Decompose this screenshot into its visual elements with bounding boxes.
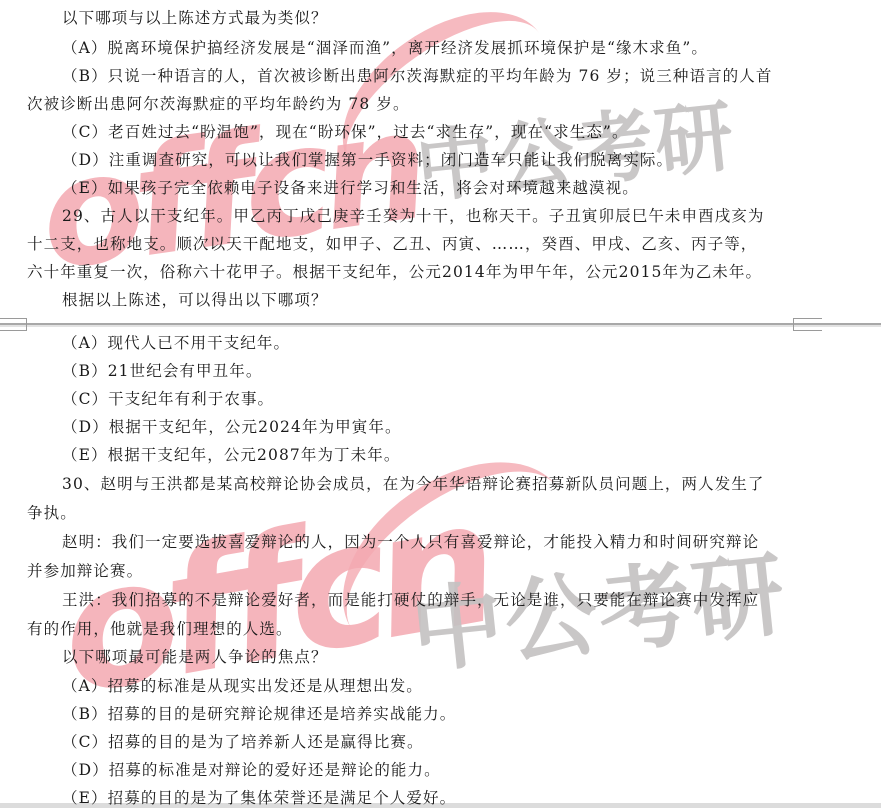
question-29-stem: 29、古人以干支纪年。甲乙丙丁戊己庚辛壬癸为十干，也称天干。子丑寅卯辰巳午未申酉… <box>62 206 765 226</box>
document-page-top: 以下哪项与以上陈述方式最为类似？ （A）脱离环境保护搞经济发展是“涸泽而渔”，离… <box>0 0 881 322</box>
q29-option-a: （A）现代人已不用干支纪年。 <box>62 333 290 353</box>
question-30-prompt: 以下哪项最可能是两人争论的焦点？ <box>62 647 328 667</box>
option-b: （B）只说一种语言的人，首次被诊断出患阿尔茨海默症的平均年龄为 76 岁；说三种… <box>62 66 772 86</box>
option-d: （D）注重调查研究，可以让我们掌握第一手资料；闭门造车只能让我们脱离实际。 <box>62 150 673 170</box>
question-29-prompt: 根据以上陈述，可以得出以下哪项？ <box>62 290 328 310</box>
q29-option-c: （C）干支纪年有利于农事。 <box>62 389 274 409</box>
option-a: （A）脱离环境保护搞经济发展是“涸泽而渔”，离开经济发展抓环境保护是“缘木求鱼”… <box>62 38 708 58</box>
question-29-stem-line2: 十二支，也称地支。顺次以天干配地支，如甲子、乙丑、丙寅、……，癸酉、甲戌、乙亥、… <box>27 234 757 254</box>
q29-option-d: （D）根据干支纪年，公元2024年为甲寅年。 <box>62 417 402 437</box>
wang-hong-statement-line2: 有的作用，他就是我们理想的人选。 <box>27 619 293 639</box>
option-c: （C）老百姓过去“盼温饱”，现在“盼环保”，过去“求生存”，现在“求生态”。 <box>62 122 629 142</box>
question-prompt: 以下哪项与以上陈述方式最为类似？ <box>62 8 328 28</box>
zhao-ming-statement: 赵明：我们一定要选拔喜爱辩论的人，因为一个人只有喜爱辩论，才能投入精力和时间研究… <box>62 532 759 552</box>
page-break-shadow <box>0 325 881 327</box>
question-30-stem-line2: 争执。 <box>27 503 77 523</box>
wang-hong-statement: 王洪：我们招募的不是辩论爱好者，而是能打硬仗的辩手，无论是谁，只要能在辩论赛中发… <box>62 590 759 610</box>
question-30-stem: 30、赵明与王洪都是某高校辩论协会成员，在为今年华语辩论赛招募新队员问题上，两人… <box>62 474 765 494</box>
q29-option-e: （E）根据干支纪年，公元2087年为丁未年。 <box>62 445 400 465</box>
option-b-continued: 次被诊断出患阿尔茨海默症的平均年龄约为 78 岁。 <box>27 94 410 114</box>
q29-option-b: （B）21世纪会有甲丑年。 <box>62 361 262 381</box>
right-margin-marker <box>793 318 822 331</box>
option-e: （E）如果孩子完全依赖电子设备来进行学习和生活，将会对环境越来越漠视。 <box>62 178 639 198</box>
q30-option-a: （A）招募的标准是从现实出发还是从理想出发。 <box>62 676 423 696</box>
q30-option-e: （E）招募的目的是为了集体荣誉还是满足个人爱好。 <box>62 788 456 808</box>
q30-option-c: （C）招募的目的是为了培养新人还是赢得比赛。 <box>62 732 424 752</box>
question-29-stem-line3: 六十年重复一次，俗称六十花甲子。根据干支纪年，公元2014年为甲午年，公元201… <box>27 262 762 282</box>
left-margin-marker <box>0 318 27 331</box>
zhao-ming-statement-line2: 并参加辩论赛。 <box>27 561 143 581</box>
q30-option-b: （B）招募的目的是研究辩论规律还是培养实战能力。 <box>62 704 456 724</box>
q30-option-d: （D）招募的标准是对辩论的爱好还是辩论的能力。 <box>62 760 441 780</box>
